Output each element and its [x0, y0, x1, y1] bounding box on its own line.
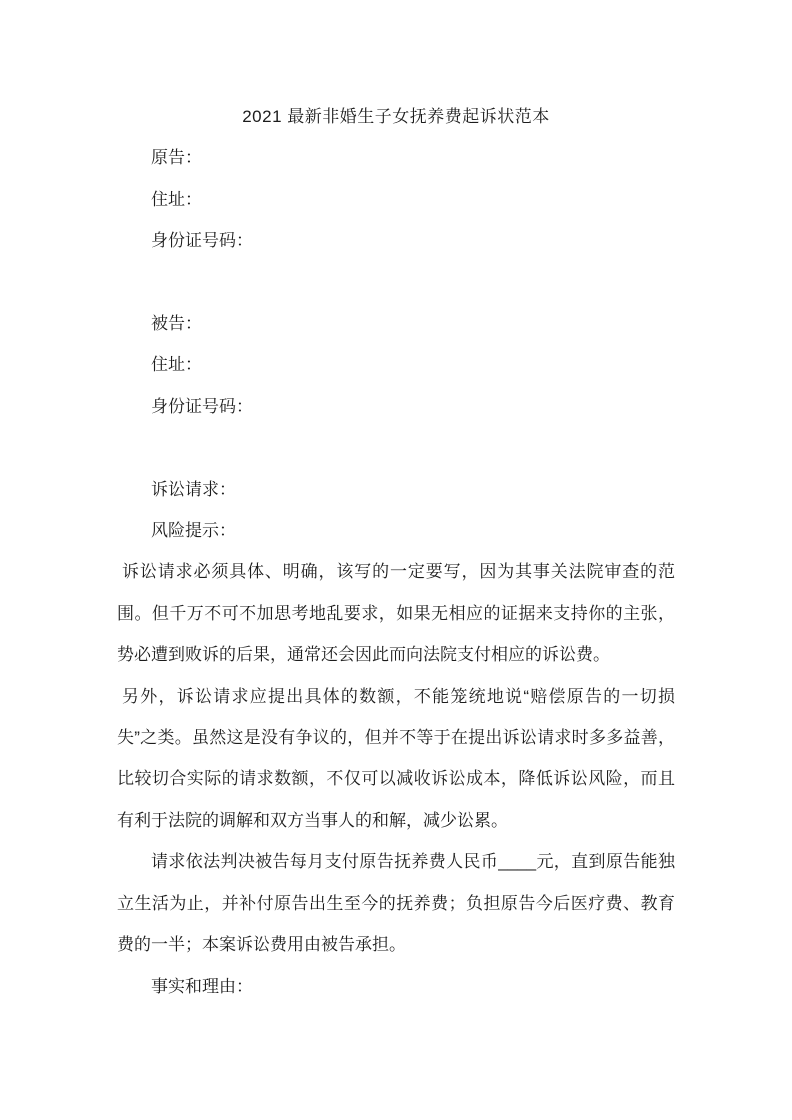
facts-heading: 事实和理由：	[117, 966, 675, 1007]
document-page: 2021 最新非婚生子女抚养费起诉状范本 原告： 住址： 身份证号码： 被告： …	[0, 0, 792, 1120]
risk-heading: 风险提示：	[117, 510, 675, 551]
risk-paragraph-1: 诉讼请求必须具体、明确，该写的一定要写，因为其事关法院审查的范围。但千万不可不加…	[117, 551, 675, 675]
plaintiff-name-label: 原告：	[117, 137, 675, 178]
blank-line	[117, 262, 675, 303]
blank-line	[117, 427, 675, 468]
defendant-name-label: 被告：	[117, 303, 675, 344]
document-title: 2021 最新非婚生子女抚养费起诉状范本	[117, 96, 675, 137]
claims-heading: 诉讼请求：	[117, 469, 675, 510]
claim-paragraph: 请求依法判决被告每月支付原告抚养费人民币____元，直到原告能独立生活为止，并补…	[117, 841, 675, 965]
document-body: 2021 最新非婚生子女抚养费起诉状范本 原告： 住址： 身份证号码： 被告： …	[117, 96, 675, 1007]
plaintiff-address-label: 住址：	[117, 179, 675, 220]
defendant-id-label: 身份证号码：	[117, 386, 675, 427]
risk-paragraph-2: 另外，诉讼请求应提出具体的数额，不能笼统地说“赔偿原告的一切损失”之类。虽然这是…	[117, 676, 675, 842]
defendant-address-label: 住址：	[117, 344, 675, 385]
plaintiff-id-label: 身份证号码：	[117, 220, 675, 261]
